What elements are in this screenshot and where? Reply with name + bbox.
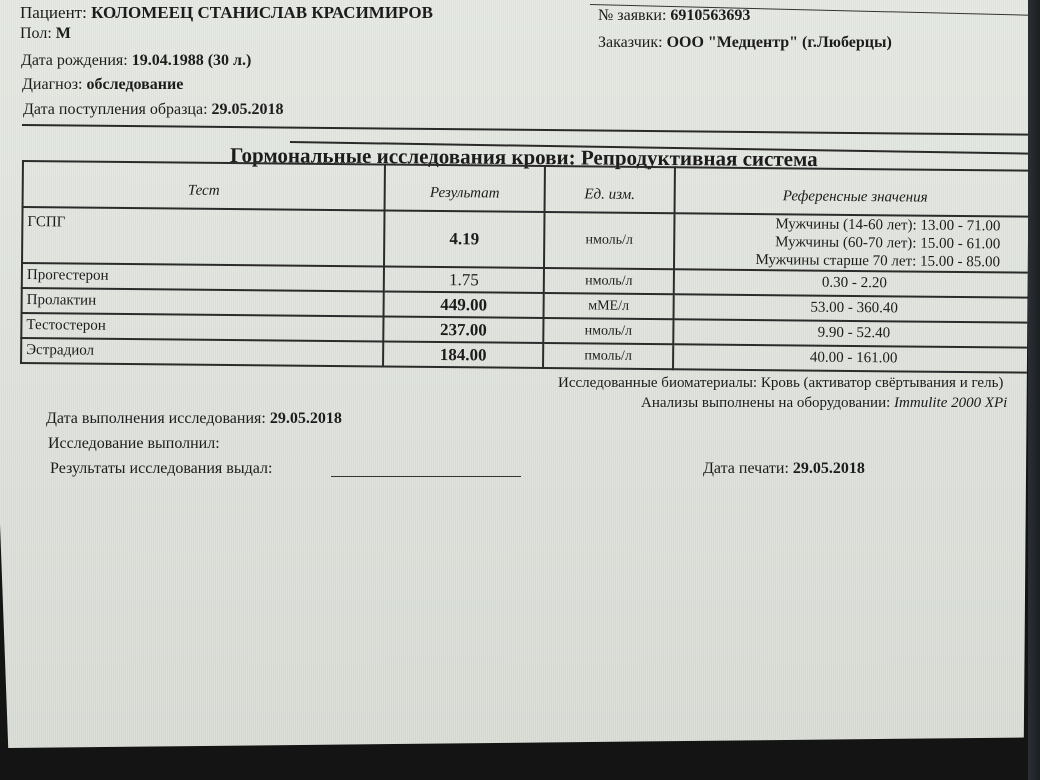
- signature-line: [331, 476, 521, 477]
- test-result: 449.00: [384, 291, 544, 318]
- test-name: ГСПГ: [22, 207, 385, 266]
- patient-name: КОЛОМЕЕЦ СТАНИСЛАВ КРАСИМИРОВ: [91, 3, 433, 22]
- patient-diagnosis-label: Диагноз:: [22, 76, 82, 93]
- sample-date-line: Дата поступления образца: 29.05.2018: [23, 101, 284, 119]
- test-result: 4.19: [384, 210, 545, 268]
- test-unit: пмоль/л: [543, 343, 673, 369]
- test-reference: 40.00 - 161.00: [673, 344, 1034, 372]
- test-name: Прогестерон: [22, 263, 384, 291]
- reference-line: Мужчины старше 70 лет: 15.00 - 85.00: [679, 250, 1000, 271]
- biomaterial-label: Исследованные биоматериалы:: [558, 375, 757, 391]
- patient-sex-line: Пол: М: [20, 25, 71, 43]
- test-reference: Мужчины (14-60 лет): 13.00 - 71.00 Мужчи…: [674, 213, 1036, 272]
- patient-diagnosis-line: Диагноз: обследование: [22, 76, 183, 94]
- table-row: ГСПГ 4.19 нмоль/л Мужчины (14-60 лет): 1…: [22, 207, 1035, 273]
- patient-birth-label: Дата рождения:: [21, 52, 128, 69]
- order-number-line: № заявки: 6910563693: [598, 7, 750, 25]
- patient-sex: М: [56, 25, 71, 42]
- sample-date: 29.05.2018: [212, 101, 284, 118]
- test-unit: нмоль/л: [544, 268, 674, 294]
- order-number: 6910563693: [670, 7, 750, 24]
- sample-date-label: Дата поступления образца:: [23, 101, 208, 118]
- order-number-label: № заявки:: [598, 7, 666, 24]
- test-unit: мМЕ/л: [544, 293, 674, 319]
- test-reference: 53.00 - 360.40: [674, 294, 1035, 322]
- test-reference: 9.90 - 52.40: [673, 319, 1034, 347]
- patient-birth: 19.04.1988 (30 л.): [132, 52, 252, 69]
- results-table-wrapper: Тест Результат Ед. изм. Референсные знач…: [20, 160, 1037, 374]
- patient-diagnosis: обследование: [86, 76, 183, 93]
- header-result: Результат: [385, 164, 545, 212]
- customer-label: Заказчик:: [598, 34, 663, 51]
- performed-date-line: Дата выполнения исследования: 29.05.2018: [46, 410, 342, 428]
- test-result: 184.00: [383, 341, 543, 368]
- biomaterial-note: Исследованные биоматериалы: Кровь (актив…: [558, 375, 1003, 392]
- print-date-line: Дата печати: 29.05.2018: [703, 460, 865, 478]
- performed-by-label: Исследование выполнил:: [48, 435, 220, 452]
- customer-line: Заказчик: ООО "Медцентр" (г.Люберцы): [598, 34, 892, 52]
- issued-by-label: Результаты исследования выдал:: [50, 460, 272, 477]
- equipment-note: Анализы выполнены на оборудовании: Immul…: [641, 395, 1007, 412]
- test-result: 1.75: [384, 266, 544, 293]
- test-unit: нмоль/л: [543, 318, 673, 344]
- test-reference: 0.30 - 2.20: [674, 269, 1035, 297]
- issued-by-line: Результаты исследования выдал:: [50, 460, 272, 478]
- equipment-value: Immulite 2000 XPi: [894, 395, 1007, 411]
- results-table: Тест Результат Ед. изм. Референсные знач…: [20, 160, 1037, 374]
- test-name: Пролактин: [22, 288, 384, 316]
- performed-date-label: Дата выполнения исследования:: [46, 410, 266, 427]
- report-page: Пациент: КОЛОМЕЕЦ СТАНИСЛАВ КРАСИМИРОВ П…: [0, 0, 1030, 748]
- test-name: Эстрадиол: [21, 338, 383, 366]
- patient-name-line: Пациент: КОЛОМЕЕЦ СТАНИСЛАВ КРАСИМИРОВ: [20, 3, 433, 23]
- header-divider: [22, 124, 1040, 136]
- header-unit: Ед. изм.: [545, 166, 675, 213]
- print-date-label: Дата печати:: [703, 460, 789, 477]
- biomaterial-value: Кровь (активатор свёртывания и гель): [761, 375, 1004, 391]
- patient-sex-label: Пол:: [20, 25, 52, 42]
- test-name: Тестостерон: [21, 313, 383, 341]
- equipment-label: Анализы выполнены на оборудовании:: [641, 395, 890, 411]
- patient-birth-line: Дата рождения: 19.04.1988 (30 л.): [21, 52, 251, 70]
- performed-date: 29.05.2018: [270, 410, 342, 427]
- header-test: Тест: [23, 161, 385, 210]
- performed-by-line: Исследование выполнил:: [48, 435, 220, 453]
- monitor-bezel: [1028, 0, 1040, 780]
- test-unit: нмоль/л: [544, 212, 675, 269]
- customer: ООО "Медцентр" (г.Люберцы): [667, 34, 892, 51]
- patient-name-label: Пациент:: [20, 3, 87, 22]
- test-result: 237.00: [383, 316, 543, 343]
- print-date: 29.05.2018: [793, 460, 865, 477]
- header-reference: Референсные значения: [675, 167, 1036, 216]
